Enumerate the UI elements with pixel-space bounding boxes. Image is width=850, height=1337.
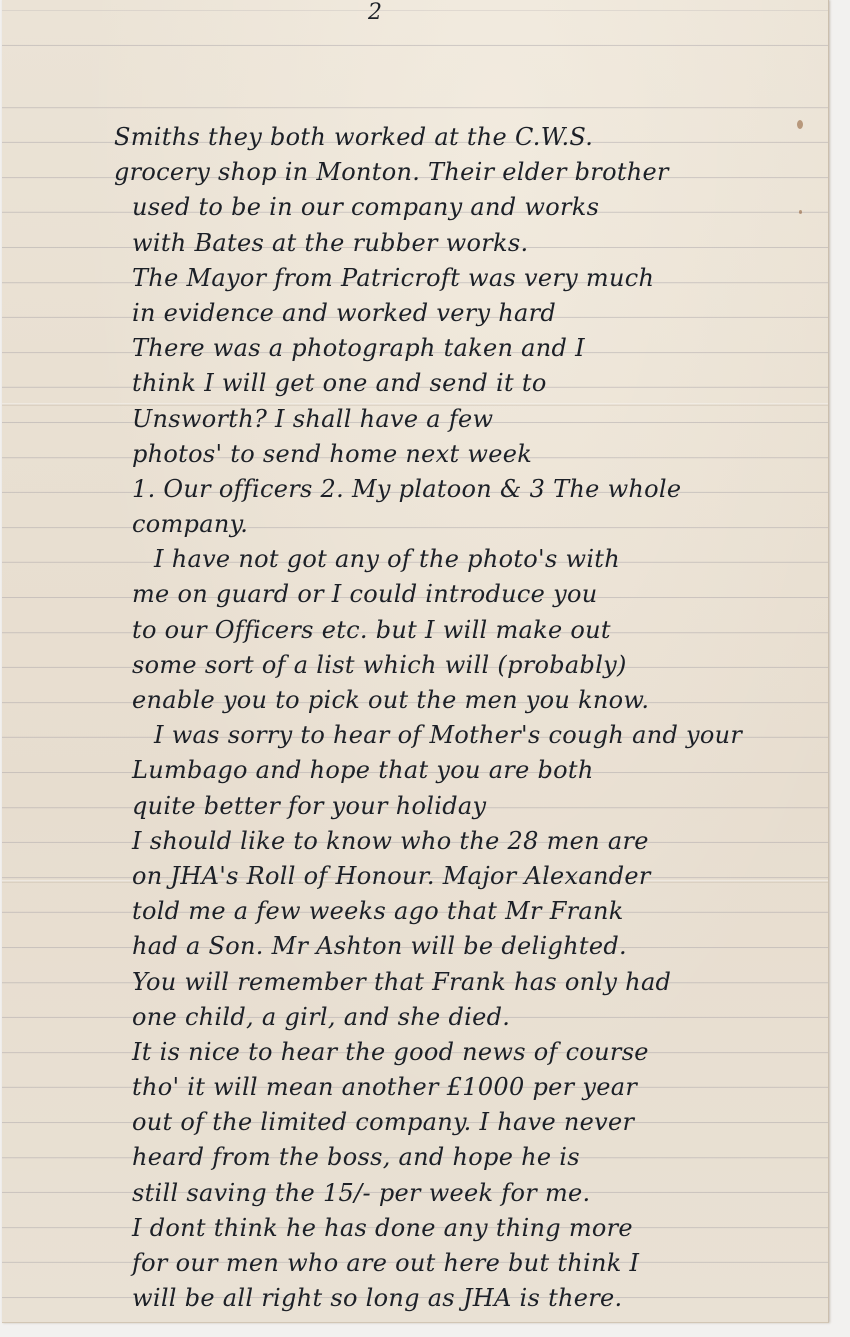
letter-line: enable you to pick out the men you know.: [114, 683, 814, 718]
letter-line: me on guard or I could introduce you: [114, 577, 814, 612]
letter-line: will be all right so long as JHA is ther…: [114, 1281, 814, 1316]
letter-line: I should like to know who the 28 men are: [114, 824, 814, 859]
letter-line: You will remember that Frank has only ha…: [114, 965, 814, 1000]
letter-line: in evidence and worked very hard: [114, 296, 814, 331]
letter-line: for our men who are out here but think I: [114, 1246, 814, 1281]
letter-line: some sort of a list which will (probably…: [114, 648, 814, 683]
letter-line: The Mayor from Patricroft was very much: [114, 261, 814, 296]
letter-line: I dont think he has done any thing more: [114, 1211, 814, 1246]
letter-line: photos' to send home next week: [114, 437, 814, 472]
letter-line: out of the limited company. I have never: [114, 1105, 814, 1140]
letter-line: heard from the boss, and hope he is: [114, 1140, 814, 1175]
letter-line: still saving the 15/- per week for me.: [114, 1176, 814, 1211]
letter-line: had a Son. Mr Ashton will be delighted.: [114, 929, 814, 964]
letter-line: Lumbago and hope that you are both: [114, 753, 814, 788]
letter-line: to our Officers etc. but I will make out: [114, 613, 814, 648]
letter-line: There was a photograph taken and I: [114, 331, 814, 366]
letter-line: I have not got any of the photo's with: [114, 542, 814, 577]
page-number: 2: [368, 0, 382, 25]
letter-line: I was sorry to hear of Mother's cough an…: [114, 718, 814, 753]
letter-line: quite better for your holiday: [114, 789, 814, 824]
letter-line: It is nice to hear the good news of cour…: [114, 1035, 814, 1070]
letter-line: tho' it will mean another £1000 per year: [114, 1070, 814, 1105]
letter-line: grocery shop in Monton. Their elder brot…: [114, 155, 814, 190]
letter-line: Smiths they both worked at the C.W.S.: [114, 120, 814, 155]
letter-line: used to be in our company and works: [114, 190, 814, 225]
letter-line: one child, a girl, and she died.: [114, 1000, 814, 1035]
letter-line: Unsworth? I shall have a few: [114, 402, 814, 437]
letter-line: company.: [114, 507, 814, 542]
letter-line: think I will get one and send it to: [114, 366, 814, 401]
letter-line: with Bates at the rubber works.: [114, 226, 814, 261]
letter-line: told me a few weeks ago that Mr Frank: [114, 894, 814, 929]
letter-page: 2 Smiths they both worked at the C.W.S. …: [2, 0, 829, 1323]
letter-line: 1. Our officers 2. My platoon & 3 The wh…: [114, 472, 814, 507]
letter-body: Smiths they both worked at the C.W.S. gr…: [114, 120, 814, 1316]
letter-line: on JHA's Roll of Honour. Major Alexander: [114, 859, 814, 894]
